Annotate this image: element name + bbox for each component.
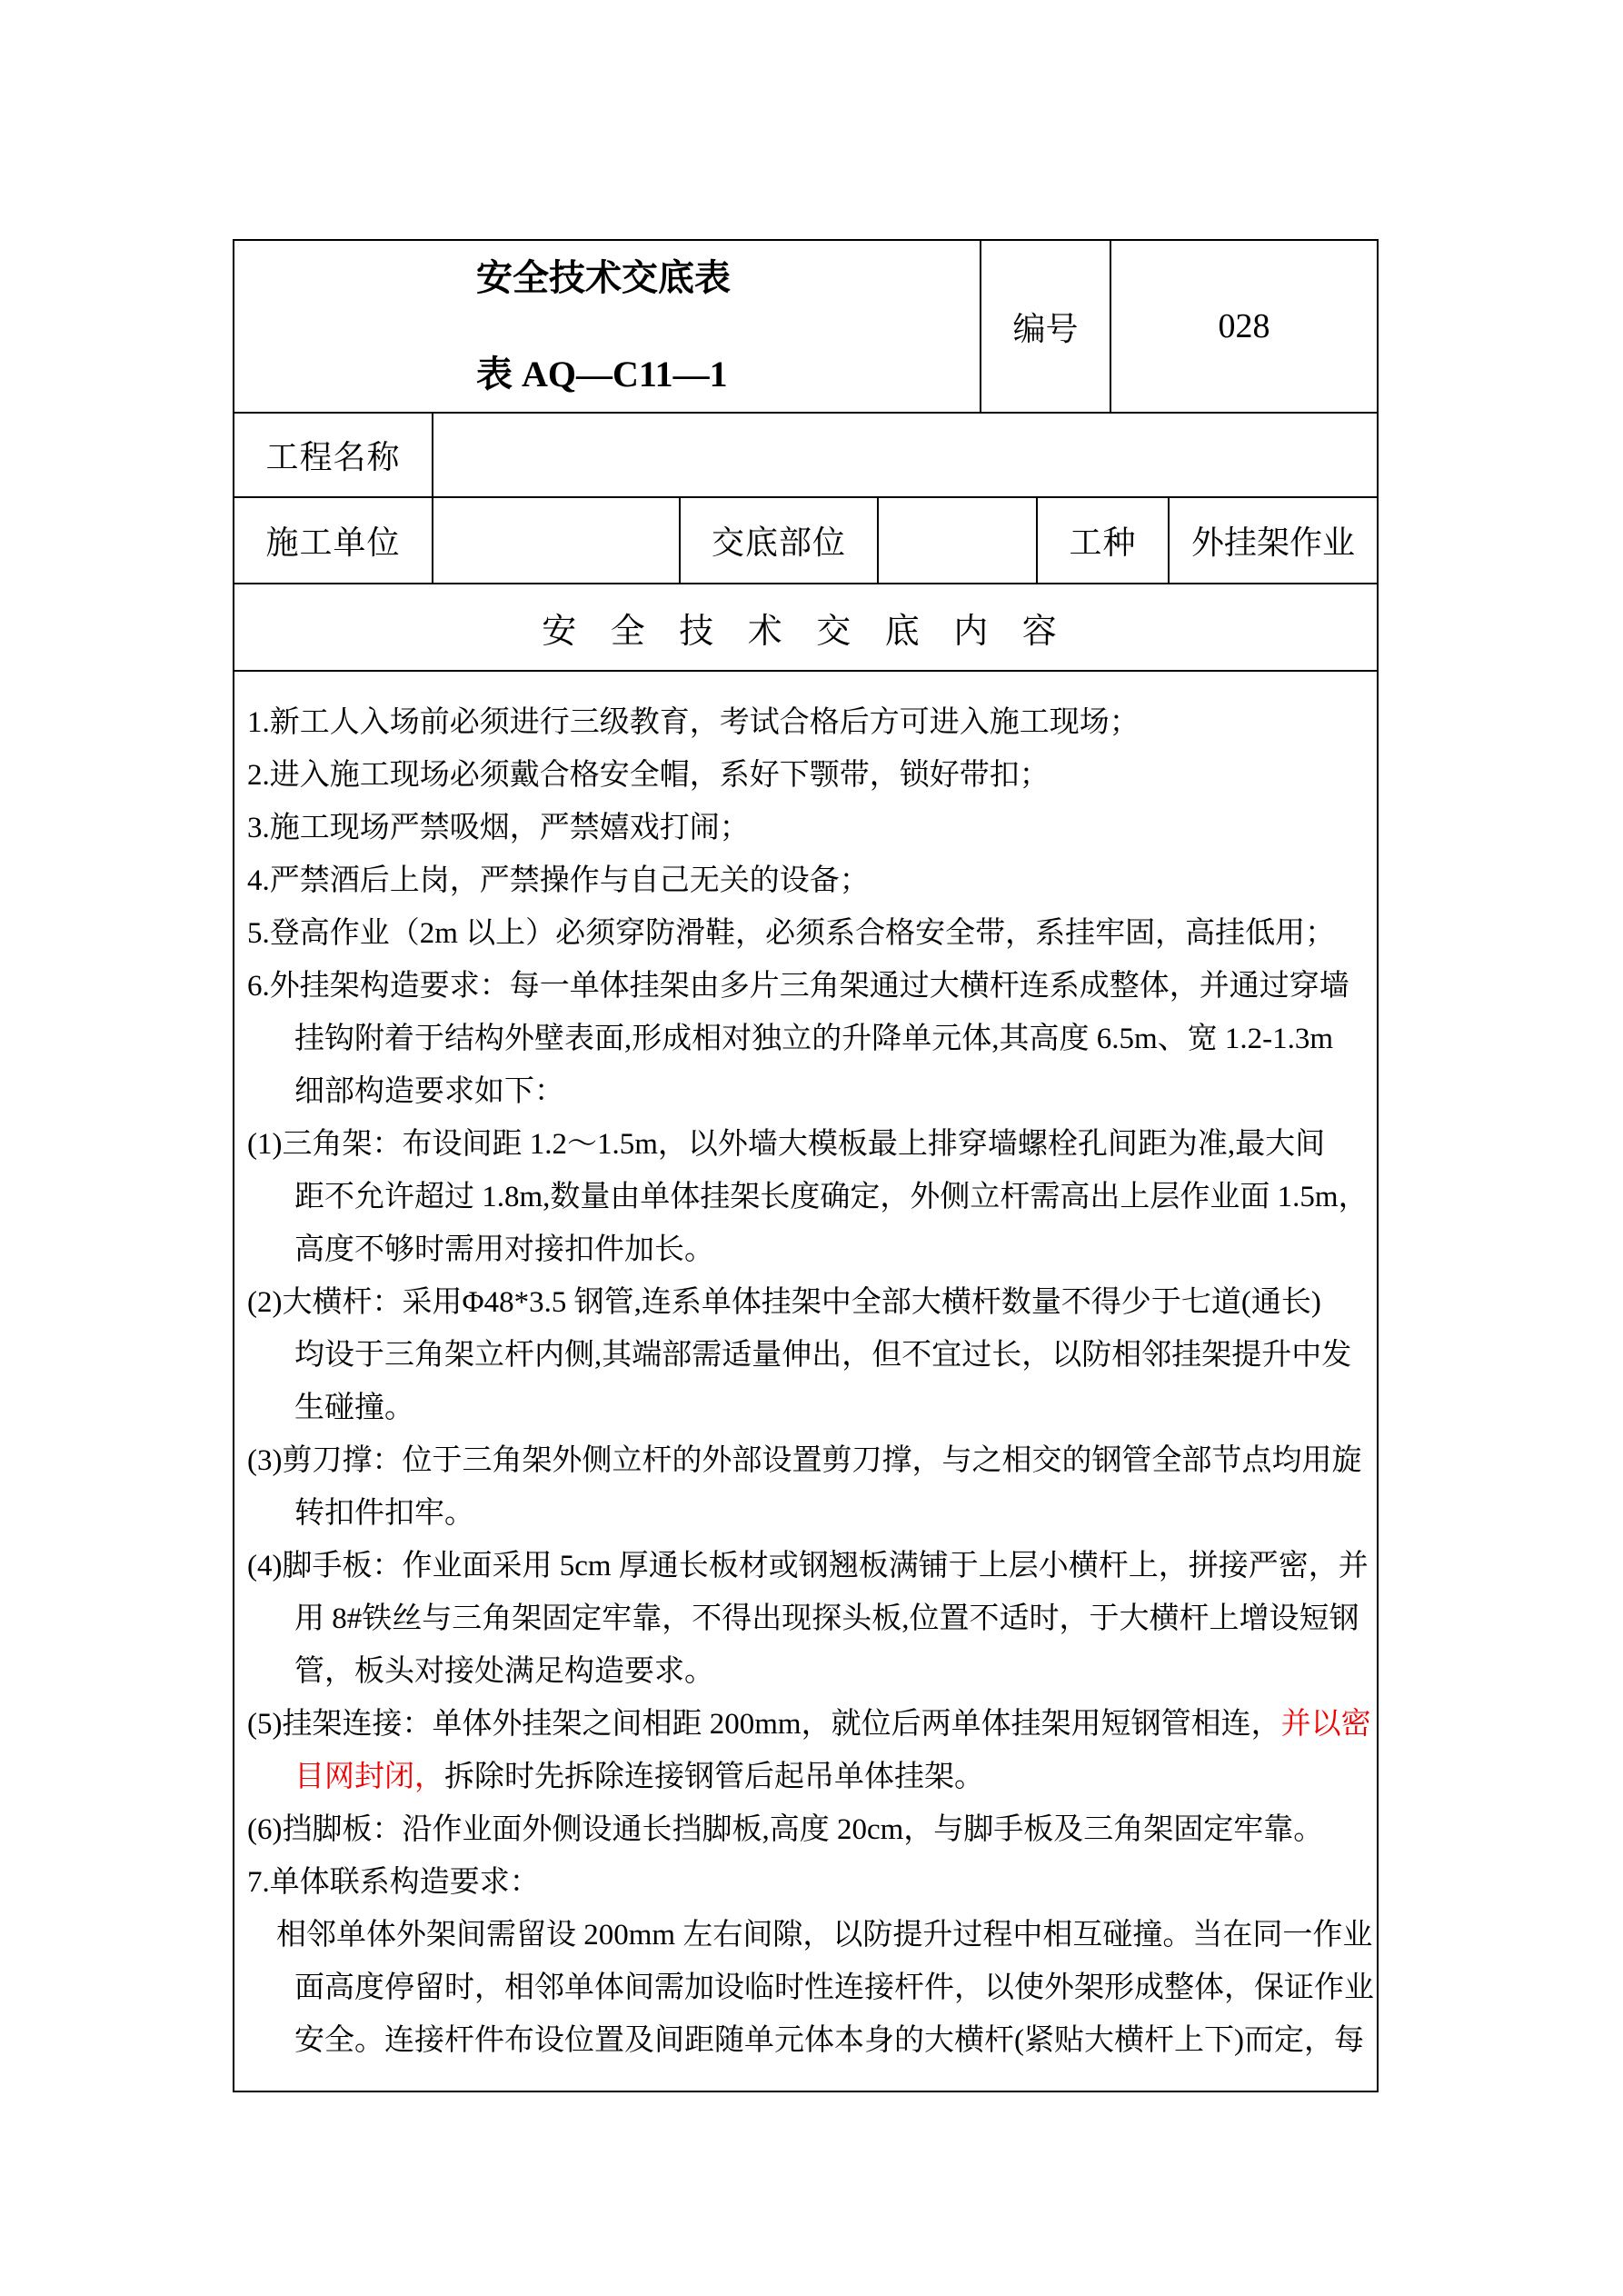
work-type-label: 工种: [1038, 498, 1170, 583]
content-text: (5)挂架连接：单体外挂架之间相距 200mm，就位后两单体挂架用短钢管相连，: [247, 1708, 1281, 1741]
content-line: 目网封闭，拆除时先拆除连接钢管后起吊单体挂架。: [247, 1751, 1364, 1803]
content-text: (4)脚手板：作业面采用 5cm 厚通长板材或钢翘板满铺于上层小横杆上，拼接严密…: [247, 1550, 1369, 1582]
content-line: 面高度停留时，相邻单体间需加设临时性连接杆件，以使外架形成整体，保证作业: [247, 1962, 1364, 2014]
highlighted-red-text: 目网封闭，: [294, 1761, 444, 1793]
number-value: 028: [1111, 241, 1377, 412]
content-text: 3.施工现场严禁吸烟，严禁嬉戏打闹；: [247, 812, 750, 844]
content-text: 用 8#铁丝与三角架固定牢靠，不得出现探头板,位置不适时，于大横杆上增设短钢: [294, 1602, 1359, 1635]
content-text: 距不允许超过 1.8m,数量由单体挂架长度确定，外侧立杆需高出上层作业面 1.5…: [294, 1181, 1369, 1213]
content-line: 5.登高作业（2m 以上）必须穿防滑鞋，必须系合格安全带，系挂牢固，高挂低用；: [247, 907, 1364, 960]
content-text: 面高度停留时，相邻单体间需加设临时性连接杆件，以使外架形成整体，保证作业: [294, 1972, 1374, 2004]
form-code: 表 AQ—C11—1: [476, 354, 728, 394]
content-text: 4.严禁酒后上岗，严禁操作与自己无关的设备；: [247, 864, 870, 897]
construction-unit-label: 施工单位: [234, 498, 433, 583]
content-line: (3)剪刀撑：位于三角架外侧立杆的外部设置剪刀撑，与之相交的钢管全部节点均用旋: [247, 1434, 1364, 1487]
content-line: 安全。连接杆件布设位置及间距随单元体本身的大横杆(紧贴大横杆上下)而定，每: [247, 2014, 1364, 2067]
work-type-value: 外挂架作业: [1170, 498, 1377, 583]
form-title-cell: 安全技术交底表 表 AQ—C11—1: [234, 241, 981, 412]
content-text: 1.新工人入场前必须进行三级教育，考试合格后方可进入施工现场；: [247, 706, 1140, 739]
content-line: 管，板头对接处满足构造要求。: [247, 1645, 1364, 1698]
content-line: (6)挡脚板：沿作业面外侧设通长挡脚板,高度 20cm，与脚手板及三角架固定牢靠…: [247, 1803, 1364, 1856]
content-row: 1.新工人入场前必须进行三级教育，考试合格后方可进入施工现场；2.进入施工现场必…: [234, 672, 1377, 2091]
content-section-title: 安 全 技 术 交 底 内 容: [234, 584, 1377, 670]
disclosure-part-value: [879, 498, 1038, 583]
content-line: 细部构造要求如下：: [247, 1065, 1364, 1118]
content-text: 安全。连接杆件布设位置及间距随单元体本身的大横杆(紧贴大横杆上下)而定，每: [294, 2024, 1364, 2057]
content-line: (5)挂架连接：单体外挂架之间相距 200mm，就位后两单体挂架用短钢管相连，并…: [247, 1698, 1364, 1751]
content-body: 1.新工人入场前必须进行三级教育，考试合格后方可进入施工现场；2.进入施工现场必…: [234, 672, 1377, 2091]
content-text: 7.单体联系构造要求：: [247, 1866, 540, 1899]
safety-disclosure-form: 安全技术交底表 表 AQ—C11—1 编号 028 工程名称 施工单位 交底部位…: [233, 239, 1379, 2092]
content-text: 细部构造要求如下：: [294, 1075, 564, 1108]
content-line: (1)三角架：布设间距 1.2～1.5m，以外墙大模板最上排穿墙螺栓孔间距为准,…: [247, 1118, 1364, 1171]
content-line: 6.外挂架构造要求：每一单体挂架由多片三角架通过大横杆连系成整体，并通过穿墙: [247, 960, 1364, 1013]
content-text: 相邻单体外架间需留设 200mm 左右间隙，以防提升过程中相互碰撞。当在同一作业: [276, 1919, 1372, 1952]
content-text: 管，板头对接处满足构造要求。: [294, 1655, 714, 1688]
content-text: 2.进入施工现场必须戴合格安全帽，系好下颚带，锁好带扣；: [247, 759, 1050, 792]
content-text: (2)大横杆：采用Φ48*3.5 钢管,连系单体挂架中全部大横杆数量不得少于七道…: [247, 1286, 1321, 1319]
content-text: 挂钩附着于结构外壁表面,形成相对独立的升降单元体,其高度 6.5m、宽 1.2-…: [294, 1023, 1333, 1055]
number-label: 编号: [981, 241, 1111, 412]
construction-unit-value: [433, 498, 681, 583]
highlighted-red-text: 并以密: [1281, 1708, 1371, 1741]
content-line: 距不允许超过 1.8m,数量由单体挂架长度确定，外侧立杆需高出上层作业面 1.5…: [247, 1171, 1364, 1223]
content-text: 拆除时先拆除连接钢管后起吊单体挂架。: [444, 1761, 984, 1793]
content-line: 4.严禁酒后上岗，严禁操作与自己无关的设备；: [247, 854, 1364, 907]
content-text: 转扣件扣牢。: [294, 1497, 474, 1530]
project-name-value: [433, 414, 1377, 496]
content-text: 高度不够时需用对接扣件加长。: [294, 1233, 714, 1266]
content-text: (6)挡脚板：沿作业面外侧设通长挡脚板,高度 20cm，与脚手板及三角架固定牢靠…: [247, 1813, 1323, 1846]
content-text: 均设于三角架立杆内侧,其端部需适量伸出，但不宜过长，以防相邻挂架提升中发: [294, 1339, 1351, 1372]
disclosure-part-label: 交底部位: [681, 498, 879, 583]
content-text: 生碰撞。: [294, 1392, 414, 1424]
content-line: 相邻单体外架间需留设 200mm 左右间隙，以防提升过程中相互碰撞。当在同一作业: [247, 1909, 1364, 1962]
content-line: (2)大横杆：采用Φ48*3.5 钢管,连系单体挂架中全部大横杆数量不得少于七道…: [247, 1276, 1364, 1329]
content-header-row: 安 全 技 术 交 底 内 容: [234, 584, 1377, 672]
content-text: (1)三角架：布设间距 1.2～1.5m，以外墙大模板最上排穿墙螺栓孔间距为准,…: [247, 1128, 1325, 1161]
content-text: (3)剪刀撑：位于三角架外侧立杆的外部设置剪刀撑，与之相交的钢管全部节点均用旋: [247, 1444, 1361, 1477]
content-line: 2.进入施工现场必须戴合格安全帽，系好下颚带，锁好带扣；: [247, 749, 1364, 802]
content-line: 7.单体联系构造要求：: [247, 1856, 1364, 1909]
content-line: 用 8#铁丝与三角架固定牢靠，不得出现探头板,位置不适时，于大横杆上增设短钢: [247, 1592, 1364, 1645]
content-line: 高度不够时需用对接扣件加长。: [247, 1223, 1364, 1276]
project-name-label: 工程名称: [234, 414, 433, 496]
project-name-row: 工程名称: [234, 414, 1377, 498]
form-title: 安全技术交底表: [476, 258, 731, 298]
content-line: 挂钩附着于结构外壁表面,形成相对独立的升降单元体,其高度 6.5m、宽 1.2-…: [247, 1013, 1364, 1065]
content-line: (4)脚手板：作业面采用 5cm 厚通长板材或钢翘板满铺于上层小横杆上，拼接严密…: [247, 1540, 1364, 1592]
content-line: 1.新工人入场前必须进行三级教育，考试合格后方可进入施工现场；: [247, 696, 1364, 749]
content-line: 均设于三角架立杆内侧,其端部需适量伸出，但不宜过长，以防相邻挂架提升中发: [247, 1329, 1364, 1382]
content-line: 3.施工现场严禁吸烟，严禁嬉戏打闹；: [247, 802, 1364, 854]
form-header-row: 安全技术交底表 表 AQ—C11—1 编号 028: [234, 241, 1377, 414]
content-text: 6.外挂架构造要求：每一单体挂架由多片三角架通过大横杆连系成整体，并通过穿墙: [247, 970, 1349, 1003]
unit-row: 施工单位 交底部位 工种 外挂架作业: [234, 498, 1377, 584]
content-line: 生碰撞。: [247, 1382, 1364, 1434]
content-line: 转扣件扣牢。: [247, 1487, 1364, 1540]
content-text: 5.登高作业（2m 以上）必须穿防滑鞋，必须系合格安全带，系挂牢固，高挂低用；: [247, 917, 1335, 950]
